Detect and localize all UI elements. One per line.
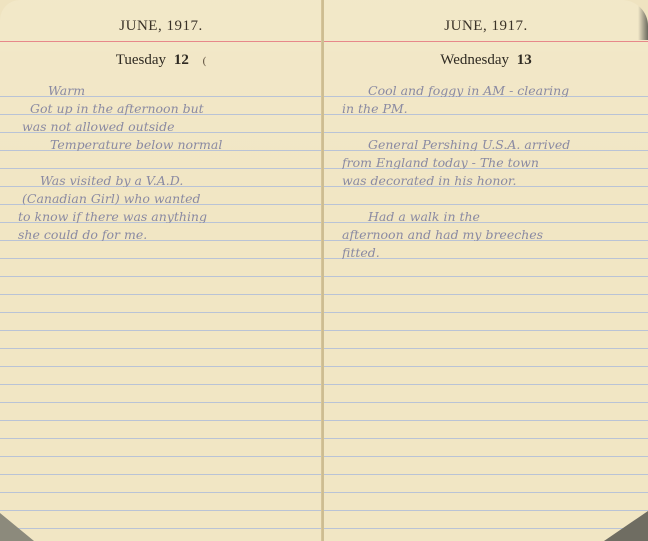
entry-line: she could do for me. <box>18 223 322 241</box>
entry-line <box>342 115 648 133</box>
right-page: JUNE, 1917. Wednesday 13 Cool and foggy … <box>324 0 648 541</box>
header-red-rule <box>324 41 648 42</box>
day-name: Tuesday <box>116 52 166 68</box>
curled-corner <box>604 511 648 541</box>
entry-line <box>30 151 322 169</box>
entry-line: fitted. <box>342 241 648 259</box>
entry-line: Cool and foggy in AM - clearing <box>342 79 648 97</box>
ink-mark: ( <box>203 55 207 67</box>
left-page: JUNE, 1917. Tuesday 12 ( Warm Got up in … <box>0 0 322 541</box>
entry-line: (Canadian Girl) who wanted <box>22 187 322 205</box>
page-edge-shadow <box>638 0 648 40</box>
right-day-heading: Wednesday 13 <box>324 52 648 69</box>
entry-line: General Pershing U.S.A. arrived <box>342 133 648 151</box>
entry-line: was decorated in his honor. <box>342 169 648 187</box>
left-entry-text: Warm Got up in the afternoon but was not… <box>0 79 322 241</box>
entry-line: Temperature below normal <box>30 133 322 151</box>
curled-corner <box>0 513 34 541</box>
right-page-header: JUNE, 1917. <box>324 18 648 35</box>
entry-line: from England today - The town <box>342 151 648 169</box>
entry-line: to know if there was anything <box>18 205 322 223</box>
entry-line: Warm <box>30 79 322 97</box>
left-day-heading: Tuesday 12 ( <box>0 52 322 69</box>
entry-line: afternoon and had my breeches <box>342 223 648 241</box>
header-red-rule <box>0 41 322 42</box>
entry-line <box>342 187 648 205</box>
entry-line: Had a walk in the <box>342 205 648 223</box>
day-number: 12 <box>174 52 189 68</box>
day-name: Wednesday <box>440 52 509 68</box>
day-number: 13 <box>517 52 532 68</box>
entry-line: Got up in the afternoon but <box>30 97 322 115</box>
entry-line: was not allowed outside <box>22 115 322 133</box>
left-page-header: JUNE, 1917. <box>0 18 322 35</box>
entry-line: Was visited by a V.A.D. <box>30 169 322 187</box>
right-entry-text: Cool and foggy in AM - clearing in the P… <box>324 79 648 259</box>
diary-spread: JUNE, 1917. Tuesday 12 ( Warm Got up in … <box>0 0 648 541</box>
entry-line: in the PM. <box>342 97 648 115</box>
